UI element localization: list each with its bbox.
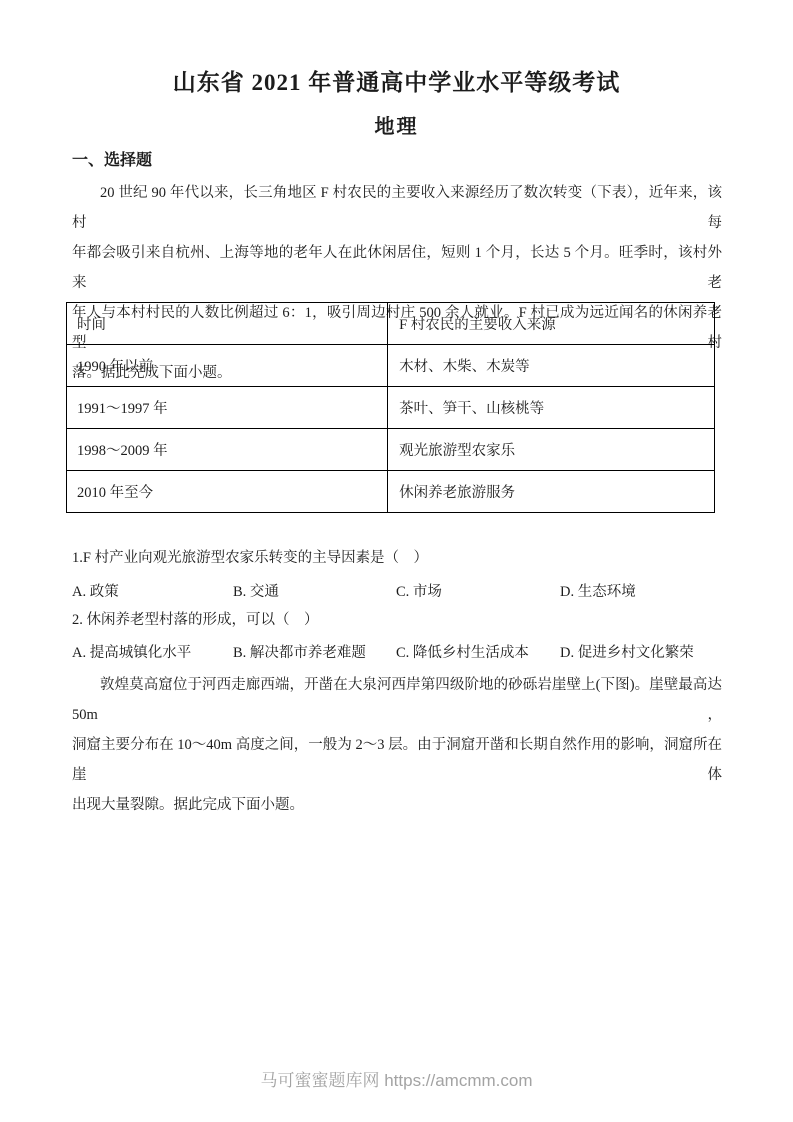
- table-cell-period: 1990 年以前: [67, 345, 388, 387]
- table-cell-source: 观光旅游型农家乐: [388, 429, 715, 471]
- table-header-income-source: F 村农民的主要收入来源: [388, 303, 715, 345]
- exam-page: 山东省 2021 年普通高中学业水平等级考试 地理 一、选择题 20 世纪 90…: [0, 0, 793, 1122]
- question-1-option-b: B. 交通: [233, 580, 279, 601]
- passage-line: 出现大量裂隙。据此完成下面小题。: [72, 790, 722, 820]
- question-2-option-c: C. 降低乡村生活成本: [396, 641, 529, 662]
- question-1-option-d: D. 生态环境: [560, 580, 636, 601]
- table-row: 1998～2009 年 观光旅游型农家乐: [67, 429, 715, 471]
- table-cell-source: 休闲养老旅游服务: [388, 471, 715, 513]
- table-cell-period: 1998～2009 年: [67, 429, 388, 471]
- table-cell-source: 木材、木柴、木炭等: [388, 345, 715, 387]
- table-row: 1991～1997 年 茶叶、笋干、山核桃等: [67, 387, 715, 429]
- question-1-option-c: C. 市场: [396, 580, 442, 601]
- passage-line: 洞窟主要分布在 10～40m 高度之间，一般为 2～3 层。由于洞窟开凿和长期自…: [72, 730, 722, 790]
- exam-title: 山东省 2021 年普通高中学业水平等级考试: [0, 64, 793, 97]
- income-source-table: 时间 F 村农民的主要收入来源 1990 年以前 木材、木柴、木炭等 1991～…: [66, 302, 715, 513]
- passage-mogao-caves: 敦煌莫高窟位于河西走廊西端，开凿在大泉河西岸第四级阶地的砂砾岩崖壁上(下图)。崖…: [72, 670, 722, 820]
- table-header-time: 时间: [67, 303, 388, 345]
- question-1-options: A. 政策 B. 交通 C. 市场 D. 生态环境: [72, 580, 732, 600]
- table-row: 2010 年至今 休闲养老旅游服务: [67, 471, 715, 513]
- exam-subject: 地理: [0, 110, 793, 139]
- table-header-row: 时间 F 村农民的主要收入来源: [67, 303, 715, 345]
- footer-watermark: 马可蜜蜜题库网 https://amcmm.com: [0, 1066, 793, 1091]
- section-heading-multiple-choice: 一、选择题: [72, 147, 152, 170]
- question-2-stem: 2. 休闲养老型村落的形成，可以（ ）: [72, 610, 722, 630]
- question-2-options: A. 提高城镇化水平 B. 解决都市养老难题 C. 降低乡村生活成本 D. 促进…: [72, 641, 732, 661]
- passage-line: 敦煌莫高窟位于河西走廊西端，开凿在大泉河西岸第四级阶地的砂砾岩崖壁上(下图)。崖…: [72, 670, 722, 730]
- question-2-option-a: A. 提高城镇化水平: [72, 641, 191, 662]
- question-1-stem: 1.F 村产业向观光旅游型农家乐转变的主导因素是（ ）: [72, 548, 722, 568]
- question-2-option-b: B. 解决都市养老难题: [233, 641, 366, 662]
- passage-line: 20 世纪 90 年代以来，长三角地区 F 村农民的主要收入来源经历了数次转变（…: [72, 178, 722, 238]
- question-1-option-a: A. 政策: [72, 580, 119, 601]
- table-cell-period: 2010 年至今: [67, 471, 388, 513]
- table-row: 1990 年以前 木材、木柴、木炭等: [67, 345, 715, 387]
- table-cell-source: 茶叶、笋干、山核桃等: [388, 387, 715, 429]
- table-cell-period: 1991～1997 年: [67, 387, 388, 429]
- passage-line: 年都会吸引来自杭州、上海等地的老年人在此休闲居住，短则 1 个月，长达 5 个月…: [72, 238, 722, 298]
- question-2-option-d: D. 促进乡村文化繁荣: [560, 641, 694, 662]
